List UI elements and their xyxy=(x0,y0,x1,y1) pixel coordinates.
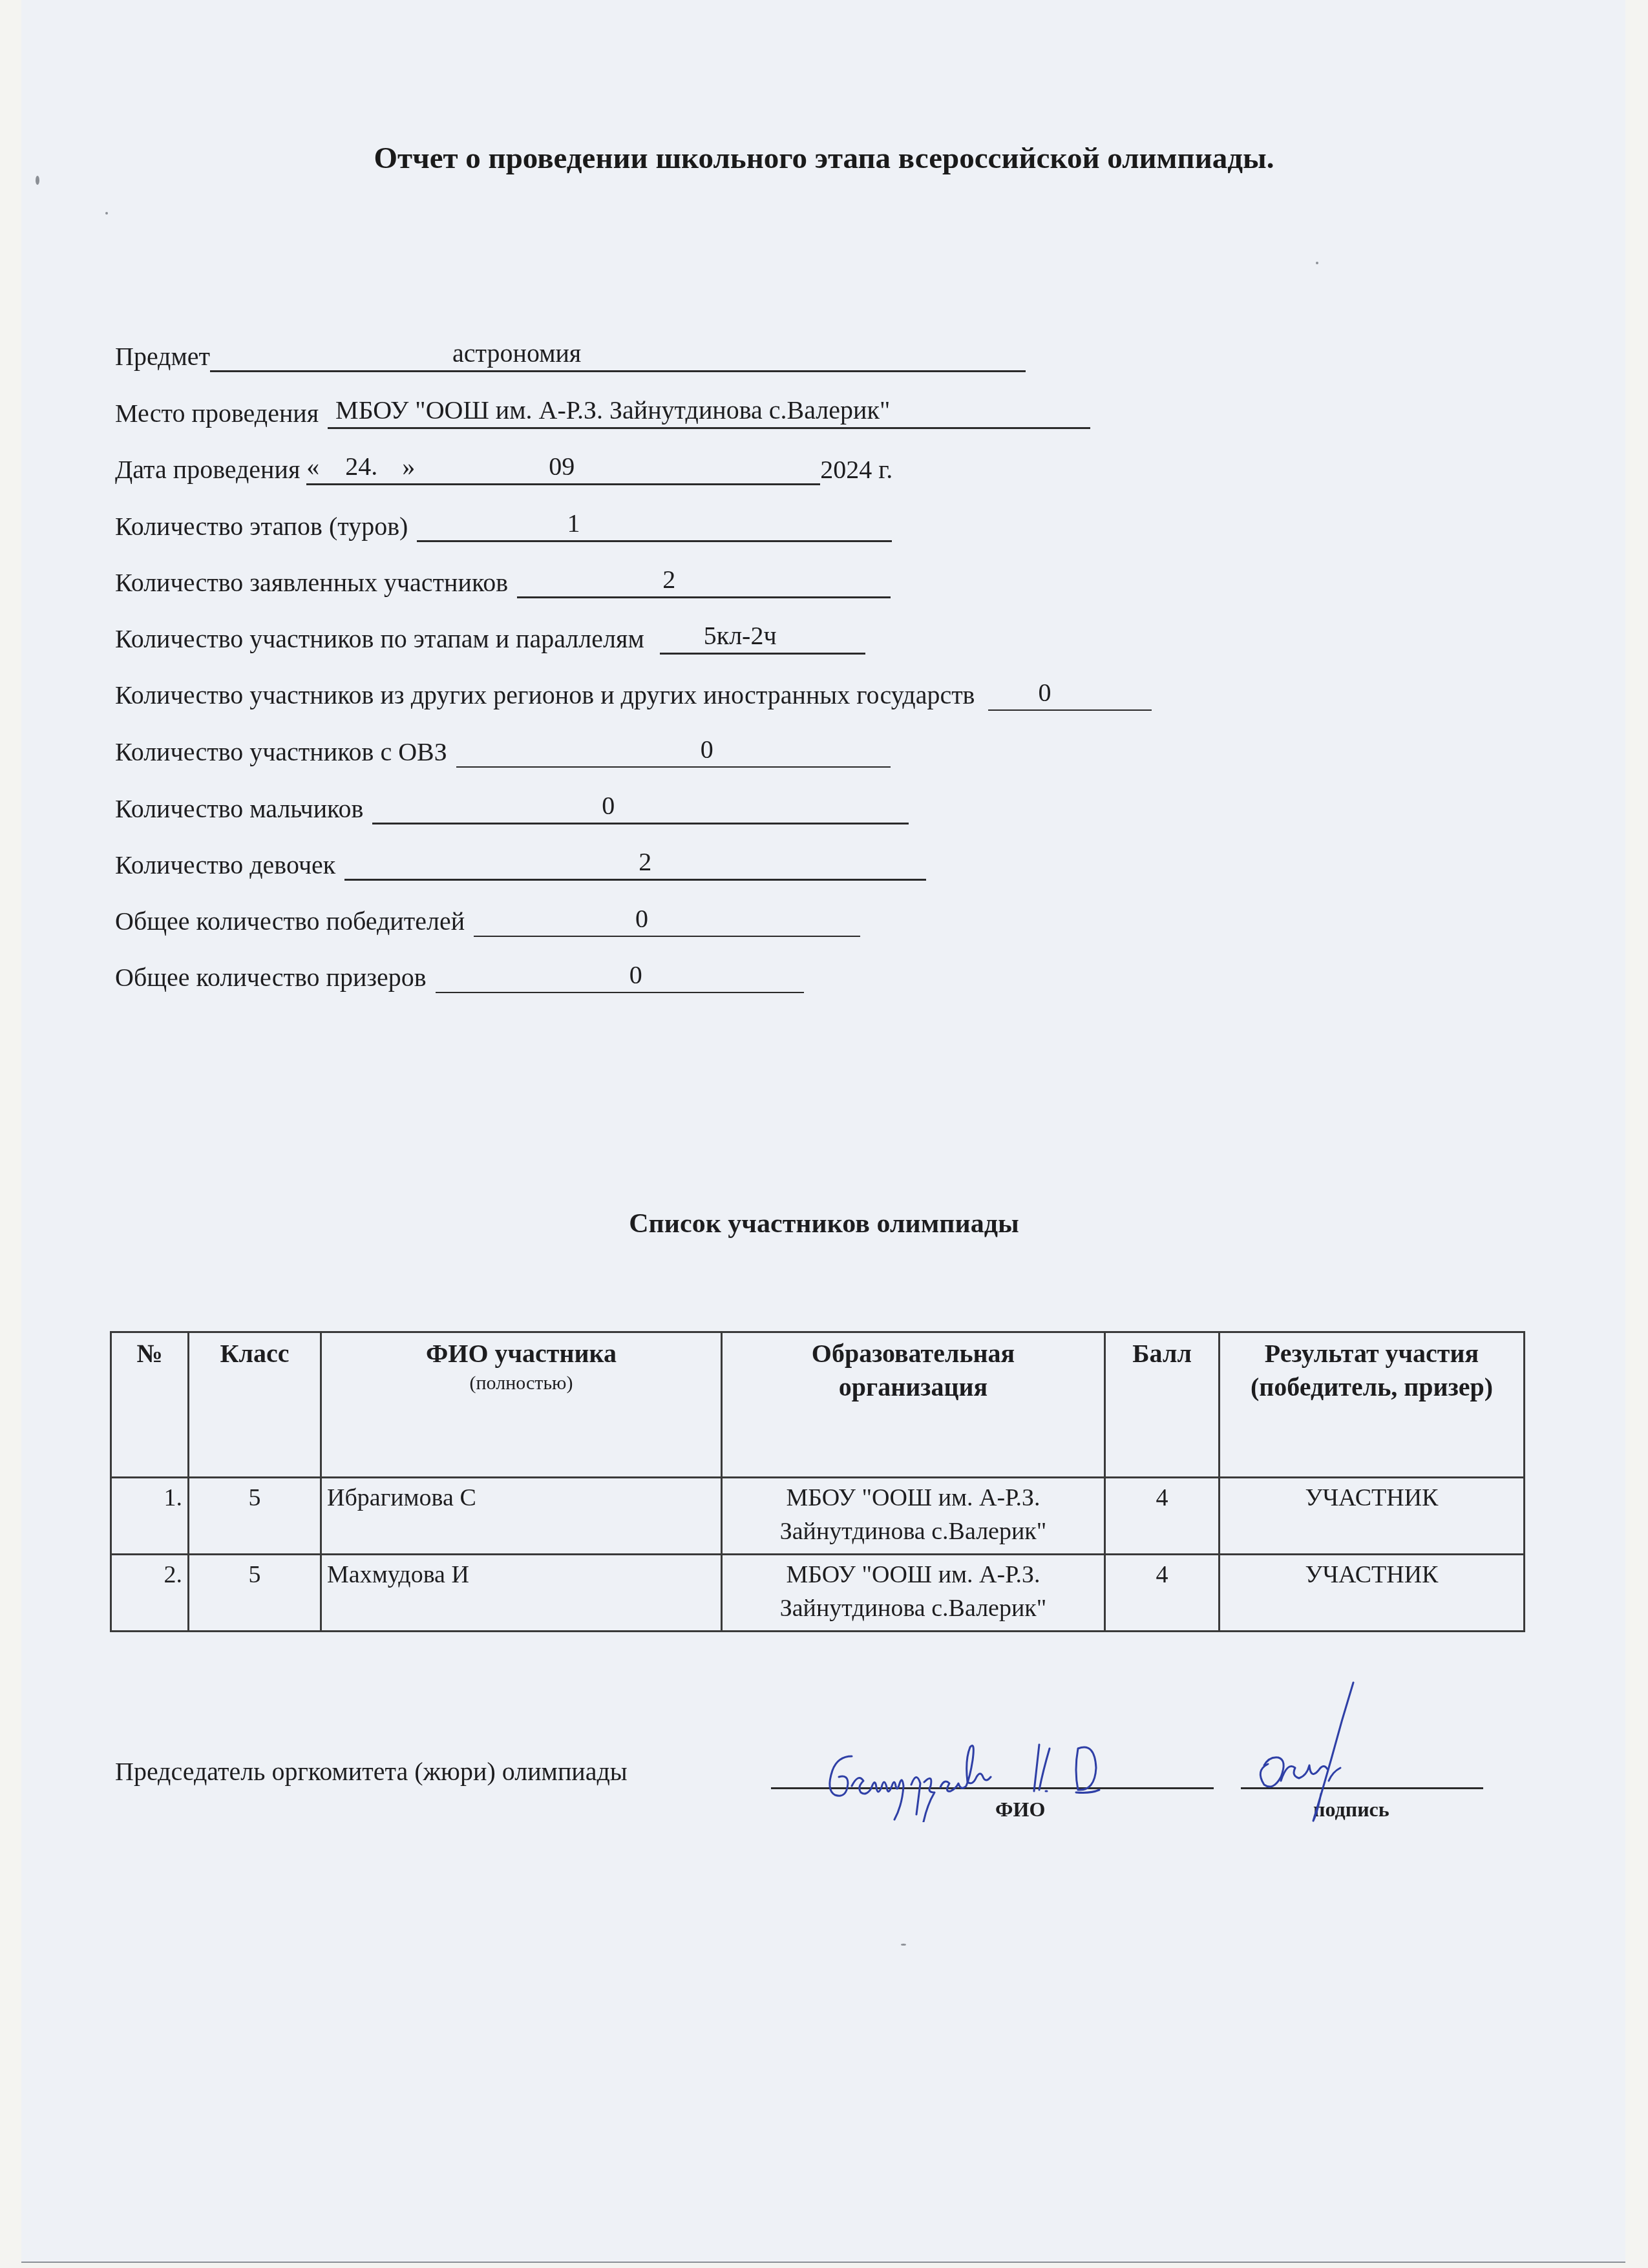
cell-score: 4 xyxy=(1105,1555,1220,1632)
scan-speck xyxy=(901,1944,906,1946)
disabled-participants-value: 0 xyxy=(701,734,713,765)
stages-value-field: 1 xyxy=(417,510,892,542)
scan-speck xyxy=(105,212,108,215)
field-label: Место проведения xyxy=(115,398,319,429)
field-participants-by-stage: Количество участников по этапам и паралл… xyxy=(115,623,865,655)
field-label: Количество участников по этапам и паралл… xyxy=(115,624,644,655)
organization-line-2: Зайнутдинова с.Валерик" xyxy=(728,1591,1099,1625)
column-header-result: Результат участия (победитель, призер) xyxy=(1220,1332,1525,1478)
field-boys: Количество мальчиков 0 xyxy=(115,793,909,824)
participants-by-stage-value-field: 5кл-2ч xyxy=(660,623,865,655)
column-header-number: № xyxy=(111,1332,189,1478)
field-date: Дата проведения « 24. » 09 2024 г. xyxy=(115,454,893,485)
column-header-label: № xyxy=(136,1339,162,1368)
prizewinners-value-field: 0 xyxy=(436,962,804,993)
field-label: Количество участников с ОВЗ xyxy=(115,737,447,768)
declared-participants-value-field: 2 xyxy=(517,567,891,598)
cell-number: 2. xyxy=(111,1555,189,1632)
field-venue: Место проведения МБОУ "ООШ им. А-Р.З. За… xyxy=(115,397,1090,429)
organization-line-1: МБОУ "ООШ им. А-Р.З. xyxy=(728,1481,1099,1515)
cell-name: Ибрагимова С xyxy=(321,1478,722,1555)
field-subject: Предмет астрономия xyxy=(115,341,1026,372)
date-open-quote: « xyxy=(306,451,319,482)
foreign-participants-value-field: 0 xyxy=(988,680,1152,711)
organization-line-2: Зайнутдинова с.Валерик" xyxy=(728,1515,1099,1548)
field-declared-participants: Количество заявленных участников 2 xyxy=(115,567,891,598)
field-stages: Количество этапов (туров) 1 xyxy=(115,510,892,542)
girls-value-field: 2 xyxy=(344,849,926,881)
date-month: 09 xyxy=(549,451,575,482)
column-header-label: ФИО участника xyxy=(426,1339,617,1368)
winners-value-field: 0 xyxy=(474,906,860,937)
scan-speck xyxy=(36,176,39,185)
field-label: Количество участников из других регионов… xyxy=(115,680,975,711)
stages-value: 1 xyxy=(567,508,580,539)
foreign-participants-value: 0 xyxy=(1039,677,1051,708)
field-label: Общее количество призеров xyxy=(115,962,427,993)
field-girls: Количество девочек 2 xyxy=(115,849,926,881)
column-header-grade: Класс xyxy=(189,1332,321,1478)
column-header-label: Результат участия (победитель, призер) xyxy=(1251,1339,1493,1402)
cell-score: 4 xyxy=(1105,1478,1220,1555)
column-header-label: Образовательная организация xyxy=(812,1339,1015,1402)
subject-value: астрономия xyxy=(452,338,581,369)
table-row: 2. 5 Махмудова И МБОУ "ООШ им. А-Р.З. За… xyxy=(111,1555,1525,1632)
field-label: Количество мальчиков xyxy=(115,793,363,824)
subject-value-field: астрономия xyxy=(210,341,1026,372)
date-value-field: « 24. » 09 xyxy=(306,454,820,485)
table-header-row: № Класс ФИО участника (полностью) Образо… xyxy=(111,1332,1525,1478)
cell-result: УЧАСТНИК xyxy=(1220,1555,1525,1632)
date-close-quote: » xyxy=(402,451,415,482)
name-caption: ФИО xyxy=(995,1796,1045,1822)
cell-organization: МБОУ "ООШ им. А-Р.З. Зайнутдинова с.Вале… xyxy=(722,1555,1105,1632)
column-header-sublabel: (полностью) xyxy=(327,1370,715,1396)
signature-line xyxy=(1241,1787,1483,1789)
cell-grade: 5 xyxy=(189,1478,321,1555)
field-label: Количество заявленных участников xyxy=(115,567,508,598)
declared-participants-value: 2 xyxy=(662,564,675,595)
venue-value-field: МБОУ "ООШ им. А-Р.З. Зайнутдинова с.Вале… xyxy=(328,397,1090,429)
date-day: 24. xyxy=(345,451,377,482)
organization-line-1: МБОУ "ООШ им. А-Р.З. xyxy=(728,1558,1099,1591)
date-year: 2024 г. xyxy=(820,454,893,485)
field-label: Количество девочек xyxy=(115,850,335,881)
participants-table: № Класс ФИО участника (полностью) Образо… xyxy=(110,1331,1525,1632)
column-header-organization: Образовательная организация xyxy=(722,1332,1105,1478)
cell-result: УЧАСТНИК xyxy=(1220,1478,1525,1555)
document-title: Отчет о проведении школьного этапа всеро… xyxy=(0,141,1648,176)
field-foreign-participants: Количество участников из других регионов… xyxy=(115,680,1152,711)
field-label: Предмет xyxy=(115,341,210,372)
winners-value: 0 xyxy=(635,903,648,934)
disabled-participants-value-field: 0 xyxy=(456,737,891,768)
boys-value-field: 0 xyxy=(372,793,909,824)
cell-organization: МБОУ "ООШ им. А-Р.З. Зайнутдинова с.Вале… xyxy=(722,1478,1105,1555)
signature-label: Председатель оргкомитета (жюри) олимпиад… xyxy=(115,1756,628,1787)
cell-grade: 5 xyxy=(189,1555,321,1632)
venue-value: МБОУ "ООШ им. А-Р.З. Зайнутдинова с.Вале… xyxy=(335,395,890,426)
column-header-name: ФИО участника (полностью) xyxy=(321,1332,722,1478)
field-prizewinners: Общее количество призеров 0 xyxy=(115,962,804,993)
prizewinners-value: 0 xyxy=(629,960,642,991)
cell-name: Махмудова И xyxy=(321,1555,722,1632)
boys-value: 0 xyxy=(602,790,615,821)
field-label: Дата проведения xyxy=(115,454,300,485)
field-label: Количество этапов (туров) xyxy=(115,511,408,542)
scan-speck xyxy=(1316,262,1318,264)
signature-caption: подпись xyxy=(1313,1796,1389,1822)
name-signature-line xyxy=(771,1787,1214,1789)
report-document: Отчет о проведении школьного этапа всеро… xyxy=(0,0,1648,2268)
column-header-label: Класс xyxy=(220,1339,290,1368)
field-disabled-participants: Количество участников с ОВЗ 0 xyxy=(115,737,891,768)
column-header-label: Балл xyxy=(1132,1339,1192,1368)
table-row: 1. 5 Ибрагимова С МБОУ "ООШ им. А-Р.З. З… xyxy=(111,1478,1525,1555)
participants-section-title: Список участников олимпиады xyxy=(0,1208,1648,1239)
participants-by-stage-value: 5кл-2ч xyxy=(704,620,777,651)
column-header-score: Балл xyxy=(1105,1332,1220,1478)
girls-value: 2 xyxy=(639,846,651,877)
field-label: Общее количество победителей xyxy=(115,906,465,937)
cell-number: 1. xyxy=(111,1478,189,1555)
field-winners: Общее количество победителей 0 xyxy=(115,906,860,937)
